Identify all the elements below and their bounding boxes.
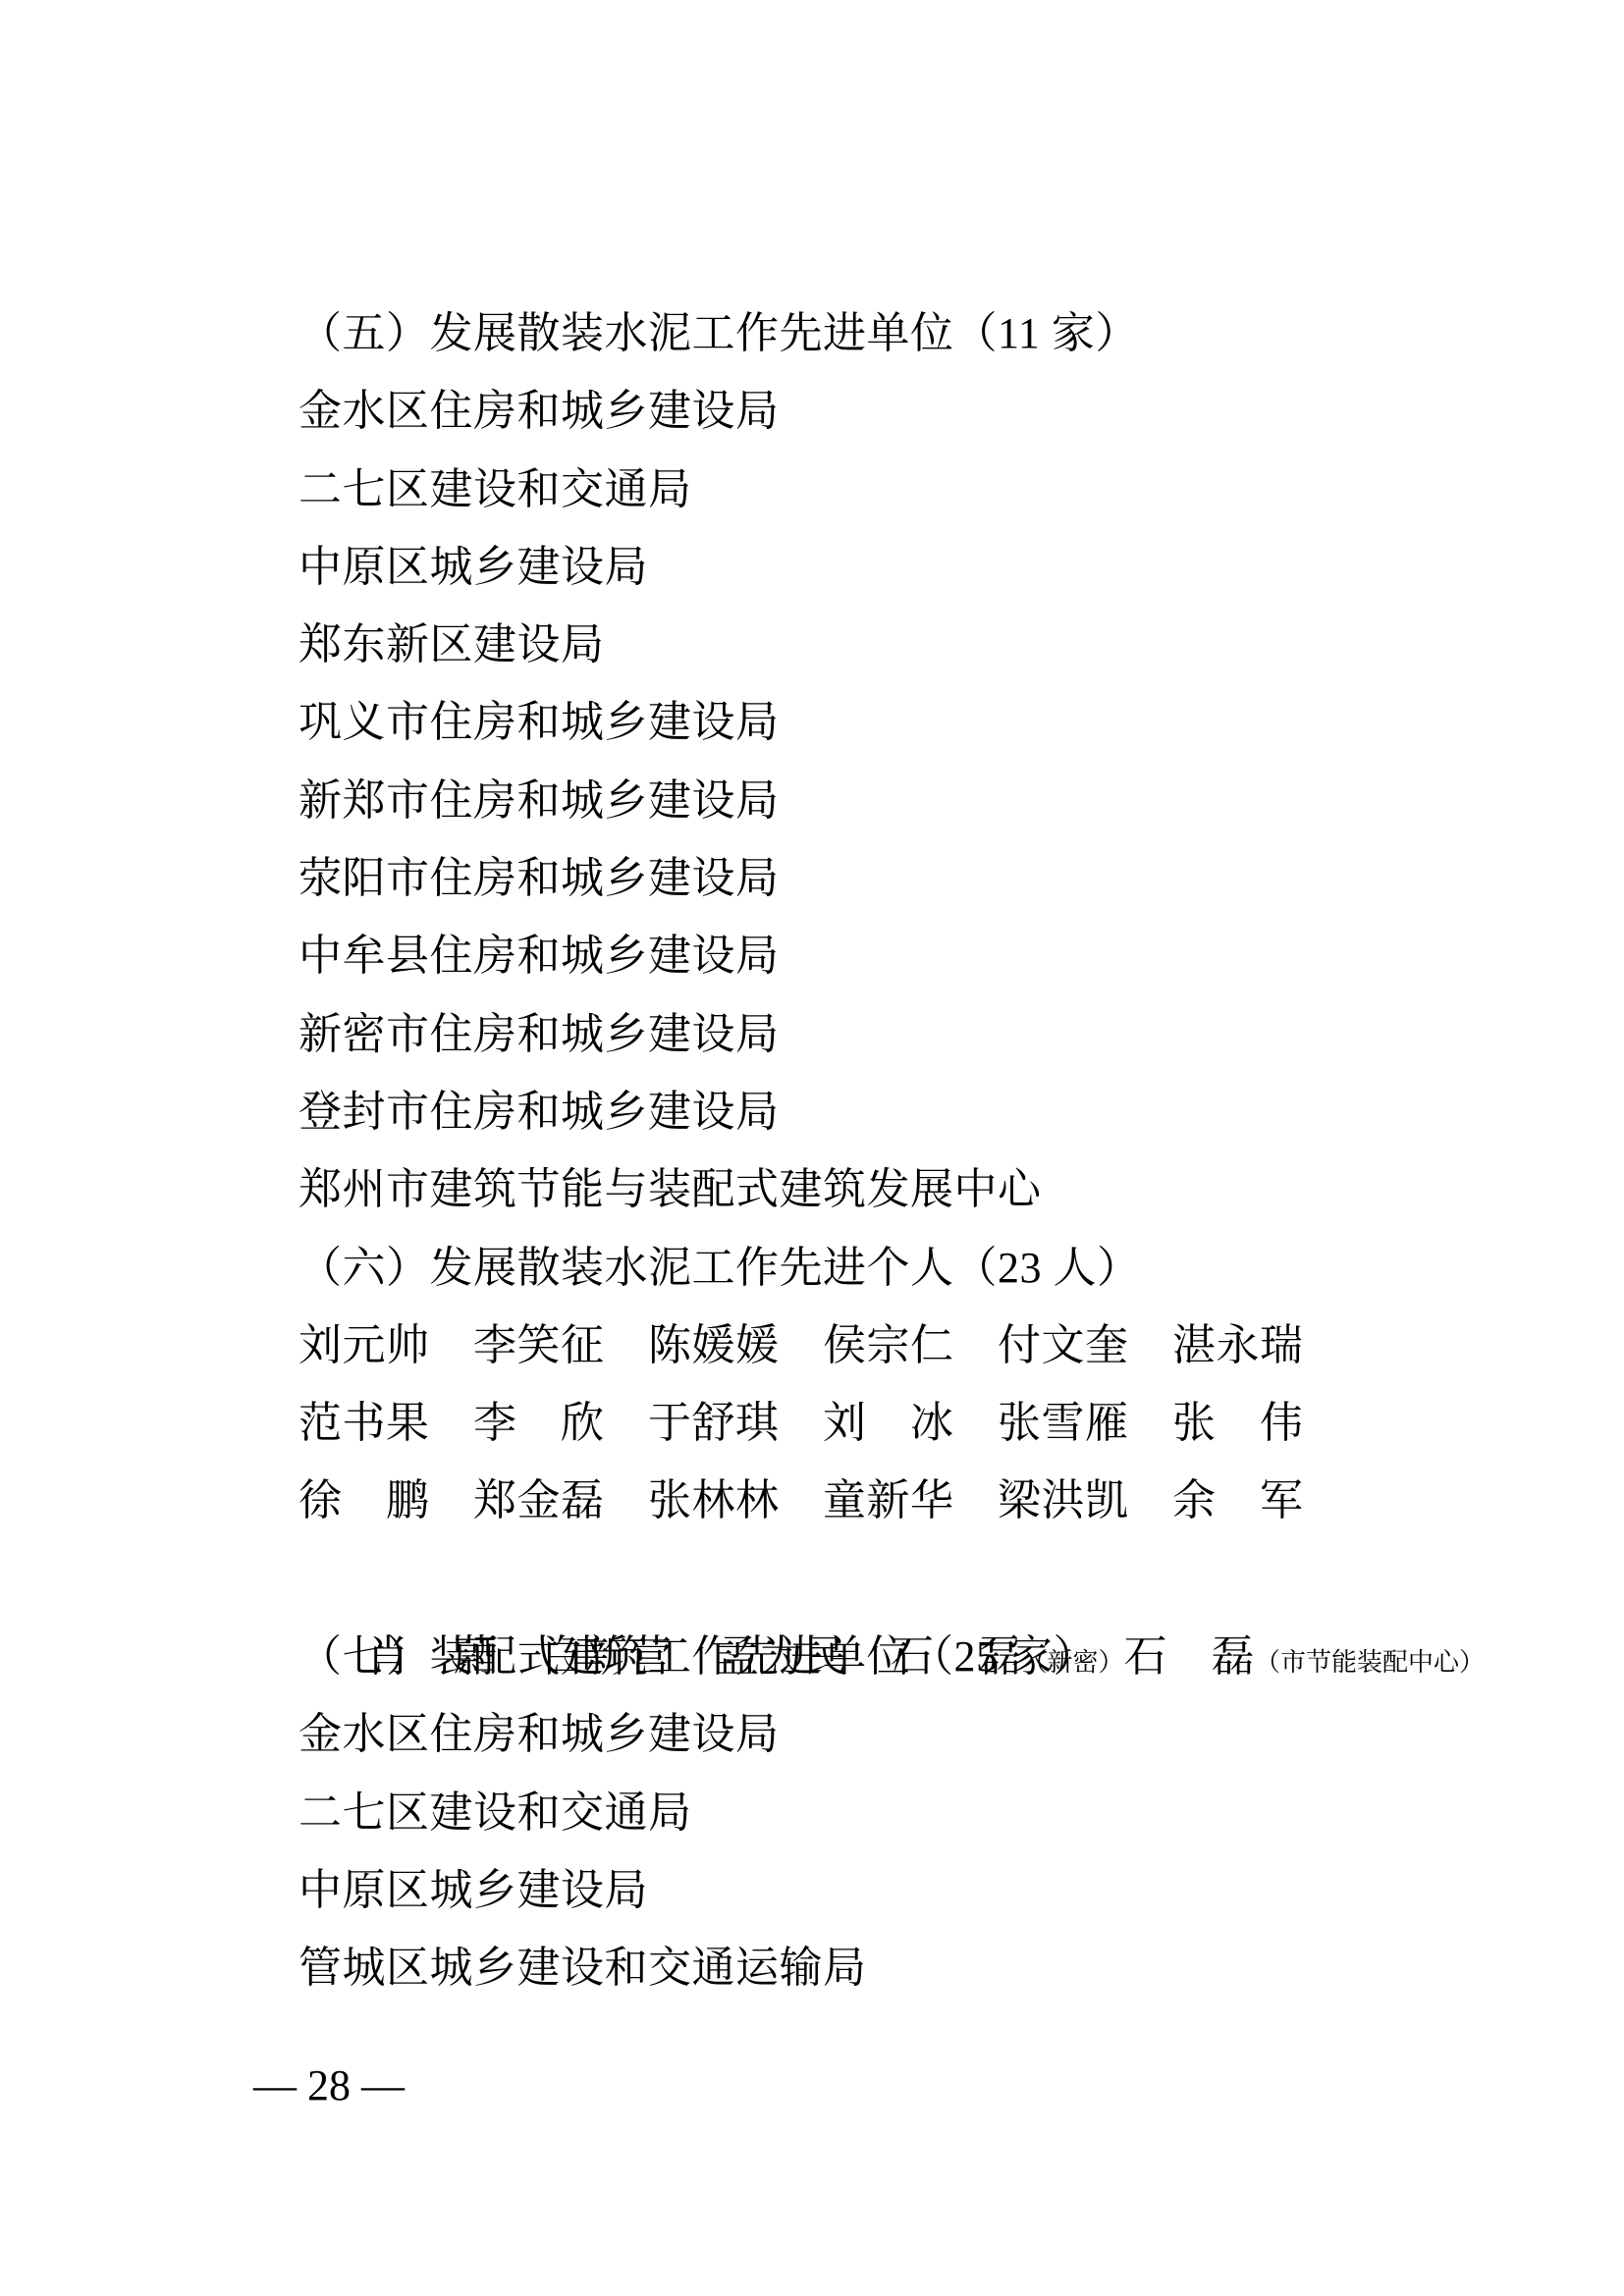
unit-item: 荥阳市住房和城乡建设局 — [298, 839, 1437, 917]
unit-item: 新密市住房和城乡建设局 — [298, 995, 1437, 1073]
section-heading-6: （六）发展散装水泥工作先进个人（23 人） — [298, 1229, 1437, 1307]
unit-item: 中原区城乡建设局 — [298, 528, 1437, 606]
unit-item: 新郑市住房和城乡建设局 — [298, 762, 1437, 839]
unit-item: 金水区住房和城乡建设局 — [298, 372, 1437, 450]
unit-item: 中牟县住房和城乡建设局 — [298, 917, 1437, 994]
unit-item: 二七区建设和交通局 — [298, 1774, 1437, 1851]
document-page: （五）发展散装水泥工作先进单位（11 家） 金水区住房和城乡建设局 二七区建设和… — [0, 0, 1624, 2296]
names-segment: 石 磊 — [1124, 1632, 1256, 1681]
names-row: 刘元帅 李笑征 陈媛媛 侯宗仁 付文奎 湛永瑞 — [298, 1307, 1437, 1384]
unit-item: 中原区城乡建设局 — [298, 1851, 1437, 1929]
document-body: （五）发展散装水泥工作先进单位（11 家） 金水区住房和城乡建设局 二七区建设和… — [298, 294, 1437, 2007]
unit-item: 登封市住房和城乡建设局 — [298, 1073, 1437, 1150]
section-heading-5: （五）发展散装水泥工作先进单位（11 家） — [298, 294, 1437, 372]
names-row: 范书果 李 欣 于舒琪 刘 冰 张雪雁 张 伟 — [298, 1384, 1437, 1462]
page-number: — 28 — — [253, 2064, 405, 2108]
unit-item: 郑东新区建设局 — [298, 606, 1437, 683]
name-note: （市节能装配中心） — [1255, 1648, 1485, 1677]
names-row-with-notes: 肖 蔚 白新营 孟为民 石 磊（新密）石 磊（市节能装配中心） — [298, 1540, 1437, 1618]
unit-item: 管城区城乡建设和交通运输局 — [298, 1929, 1437, 2006]
unit-item: 巩义市住房和城乡建设局 — [298, 683, 1437, 761]
names-row: 徐 鹏 郑金磊 张林林 童新华 梁洪凯 余 军 — [298, 1462, 1437, 1539]
unit-item: 郑州市建筑节能与装配式建筑发展中心 — [298, 1150, 1437, 1228]
unit-item: 金水区住房和城乡建设局 — [298, 1695, 1437, 1773]
unit-item: 二七区建设和交通局 — [298, 451, 1437, 528]
